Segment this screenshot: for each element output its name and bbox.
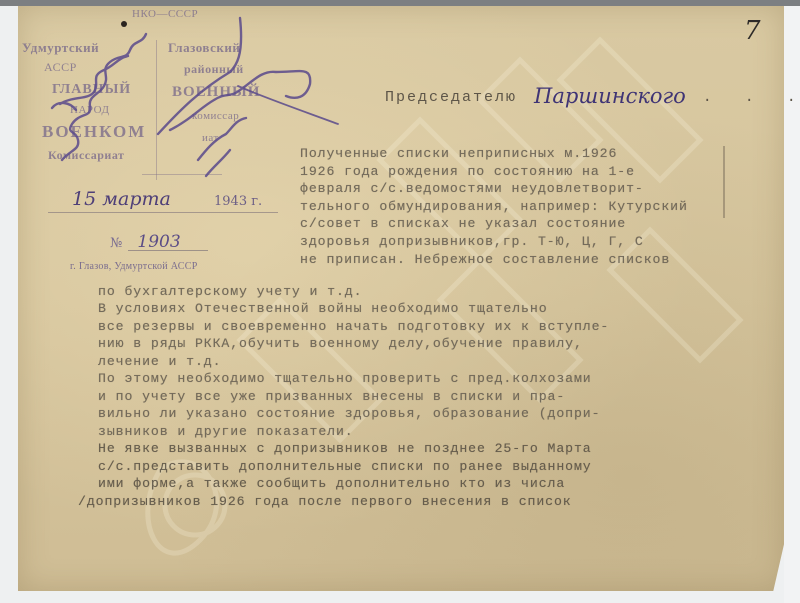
stamp-right-line: иат [202, 132, 219, 144]
body-paragraph-1: Полученные списки неприписных м.19261926… [300, 145, 688, 268]
body-line: нию в ряды РККА,обучить военному делу,об… [98, 335, 609, 353]
addressee-name: Паршинского [534, 84, 686, 108]
registration-date: 15 марта 1943 г. [72, 188, 171, 210]
body-line: тельного обмундирования, например: Кутур… [300, 198, 688, 216]
registration-number: № 1903 [110, 232, 181, 252]
place-of-issue: г. Глазов, Удмуртской АССР [70, 261, 198, 272]
body-line: с/совет в списках не указал состояние [300, 215, 688, 233]
body-line: и по учету все уже призванных внесены в … [98, 388, 600, 406]
body-line: февраля с/с.ведомостями неудовлетворит- [300, 180, 688, 198]
stamp-right-line: Глазовский [168, 40, 240, 56]
addressee-dots: . . . . . . . [703, 89, 800, 106]
stamp-left-line: Удмуртский [22, 40, 99, 56]
office-stamp: НКО—СССР Удмуртский АССР ГЛАВНЫЙ НАРОД В… [22, 26, 272, 176]
body-line: Не явке вызванных с допризывников не поз… [98, 440, 592, 458]
stamp-left-line: ВОЕНКОМ [42, 122, 146, 142]
stamp-right-line: ВОЕННЫЙ [172, 84, 260, 101]
stamp-divider [156, 40, 157, 180]
stamp-bottom-rule [142, 174, 222, 175]
body-paragraph-4: Не явке вызванных с допризывников не поз… [98, 440, 592, 493]
date-underline [48, 212, 278, 213]
body-paragraph-2: В условиях Отечественной войны необходим… [98, 300, 609, 370]
date-day: 15 [72, 188, 96, 210]
stamp-right-line: районный [184, 62, 244, 77]
body-line: не приписан. Небрежное составление списк… [300, 251, 688, 269]
body-line: зывников и другие показатели. [98, 423, 600, 441]
body-paragraph-1-continuation: по бухгалтерскому учету и т.д. [98, 283, 362, 301]
body-line: 1926 года рождения по состоянию на 1-е [300, 163, 688, 181]
body-line: По этому необходимо тщательно проверить … [98, 370, 600, 388]
body-line: В условиях Отечественной войны необходим… [98, 300, 609, 318]
date-month: марта [102, 188, 171, 210]
stamp-header: НКО—СССР [132, 8, 198, 20]
stamp-left-line: НАРОД [70, 104, 110, 116]
document-scan: НКО—СССР Удмуртский АССР ГЛАВНЫЙ НАРОД В… [0, 0, 800, 603]
stamp-left-line: Комиссариат [48, 148, 124, 163]
body-line: все резервы и своевременно начать подгот… [98, 318, 609, 336]
stamp-right-line: комиссар [192, 110, 239, 122]
scan-border-top [0, 0, 800, 6]
margin-mark [723, 146, 725, 218]
stamp-left-line: ГЛАВНЫЙ [52, 82, 131, 98]
number-underline [128, 250, 208, 251]
body-line: вильно ли указано состояние здоровья, об… [98, 405, 600, 423]
addressee-prefix: Председателю [385, 89, 517, 106]
body-paragraph-5: /допризывников 1926 года после первого в… [78, 493, 572, 511]
body-line: ими форме,а также сообщить дополнительно… [98, 475, 592, 493]
number-label: № [110, 236, 122, 251]
body-paragraph-3: По этому необходимо тщательно проверить … [98, 370, 600, 440]
body-line: лечение и т.д. [98, 353, 609, 371]
body-line: с/с.представить дополнительные списки по… [98, 458, 592, 476]
page-number: 7 [744, 16, 761, 46]
date-year: 1943 г. [214, 194, 262, 209]
addressee-line: Председателю Паршинского . . . . . . . с… [385, 82, 800, 106]
stamp-left-line: АССР [44, 60, 77, 75]
number-value: 1903 [137, 232, 180, 252]
body-line: Полученные списки неприписных м.1926 [300, 145, 688, 163]
body-line: здоровья допризывников,гр. Т-Ю, Ц, Г, С [300, 233, 688, 251]
